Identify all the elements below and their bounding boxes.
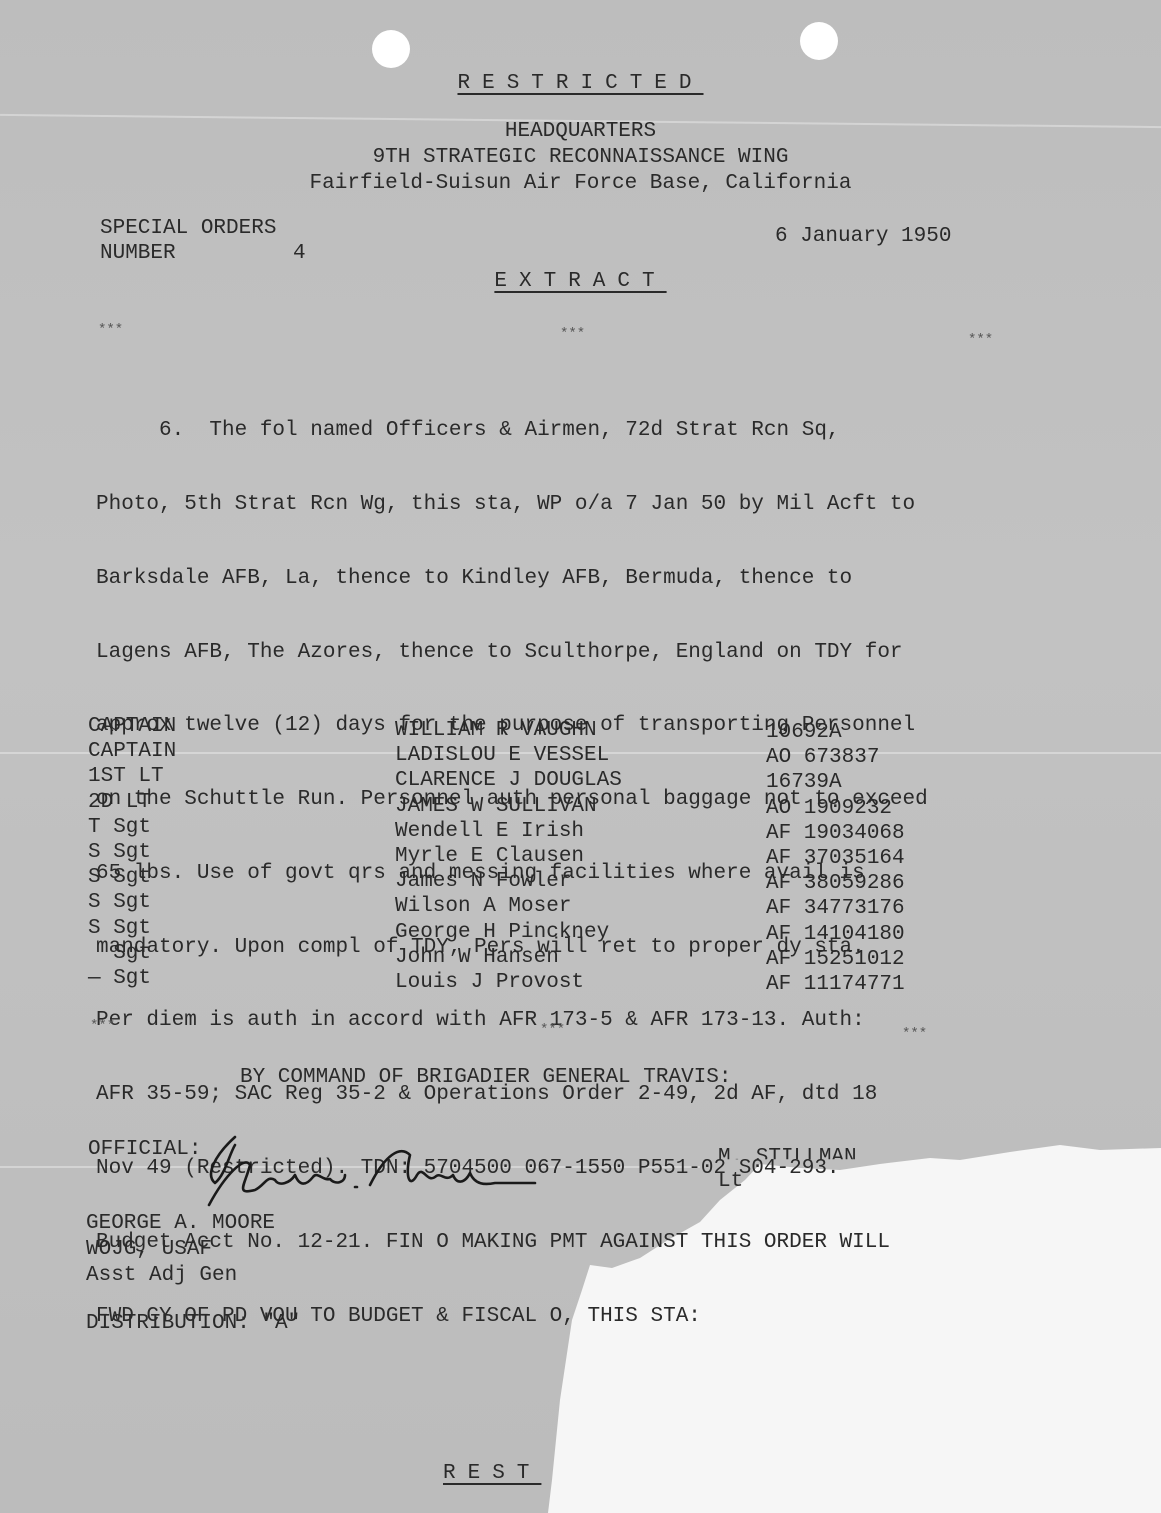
order-date: 6 January 1950 [775,225,951,249]
paragraph-line: Photo, 5th Strat Rcn Wg, this sta, WP o/… [96,493,1096,518]
roster-name: WILLIAM R VAUGHN [395,718,622,743]
roster-serial: AF 37035164 [766,846,905,871]
roster-name: LADISLOU E VESSEL [395,743,622,768]
distribution-line: DISTRIBUTION: "A" [86,1312,300,1336]
roster-name: James N Fowler [395,869,622,894]
roster-rank: S Sgt [88,916,176,941]
signer-title: Asst Adj Gen [86,1264,237,1288]
roster-name: CLARENCE J DOUGLAS [395,768,622,793]
roster-serial: AO 1909232 [766,796,905,821]
separator: *** [90,1014,115,1038]
roster-serial: AF 15251012 [766,947,905,972]
roster-name: Wendell E Irish [395,819,622,844]
paragraph-line: 6. The fol named Officers & Airmen, 72d … [96,419,1096,444]
commander-partial-rank: Lt [718,1170,743,1194]
roster-rank: S Sgt [88,840,176,865]
separator: *** [98,318,123,342]
roster-name: Wilson A Moser [395,894,622,919]
number-label: NUMBER [100,242,176,266]
roster-name: George H Pinckney [395,920,622,945]
roster-serial: 16739A [766,770,905,795]
command-line: BY COMMAND OF BRIGADIER GENERAL TRAVIS: [240,1066,731,1090]
roster-serial: AF 38059286 [766,871,905,896]
classification-bottom: REST [443,1462,541,1486]
roster-rank: CAPTAIN [88,739,176,764]
paragraph-line: Lagens AFB, The Azores, thence to Sculth… [96,641,1096,666]
signer-grade: WOJG, USAF [86,1238,212,1262]
roster-name: John W Hansen [395,945,622,970]
separator: *** [968,328,993,352]
roster-serial: 10692A [766,720,905,745]
special-orders-label: SPECIAL ORDERS [100,217,276,241]
roster-rank: Sgt [88,941,176,966]
separator: *** [540,1018,565,1042]
roster-rank: S Sgt [88,865,176,890]
roster-rank: 2D LT [88,790,176,815]
punch-hole [800,22,838,60]
separator: *** [902,1022,927,1046]
extract-label: EXTRACT [0,270,1161,294]
header-line-2: 9TH STRATEGIC RECONNAISSANCE WING [0,146,1161,170]
roster-rank: T Sgt [88,815,176,840]
roster-rank: 1ST LT [88,764,176,789]
roster-name: JAMES W SULLIVAN [395,794,622,819]
header-line-3: Fairfield-Suisun Air Force Base, Califor… [0,172,1161,196]
roster-serial: AF 34773176 [766,896,905,921]
signer-name: GEORGE A. MOORE [86,1212,275,1236]
number-value: 4 [293,242,306,266]
roster-serials: 10692A AO 673837 16739A AO 1909232 AF 19… [766,720,905,997]
header-line-1: HEADQUARTERS [0,120,1161,144]
handwritten-signature [195,1135,555,1215]
roster-name: Myrle E Clausen [395,844,622,869]
roster-rank: — Sgt [88,966,176,991]
paragraph-line: Per diem is auth in accord with AFR 173-… [96,1009,1096,1034]
roster-rank: CAPTAIN [88,714,176,739]
roster-serial: AF 11174771 [766,972,905,997]
roster-names: WILLIAM R VAUGHN LADISLOU E VESSEL CLARE… [395,718,622,995]
roster-name: Louis J Provost [395,970,622,995]
roster-serial: AO 673837 [766,745,905,770]
classification-top: RESTRICTED [0,72,1161,96]
official-label: OFFICIAL: [88,1138,201,1162]
paragraph-line: Barksdale AFB, La, thence to Kindley AFB… [96,567,1096,592]
roster-serial: AF 14104180 [766,922,905,947]
roster-rank: S Sgt [88,890,176,915]
roster-ranks: CAPTAIN CAPTAIN 1ST LT 2D LT T Sgt S Sgt… [88,714,176,991]
separator: *** [560,322,585,346]
punch-hole [372,30,410,68]
roster-serial: AF 19034068 [766,821,905,846]
